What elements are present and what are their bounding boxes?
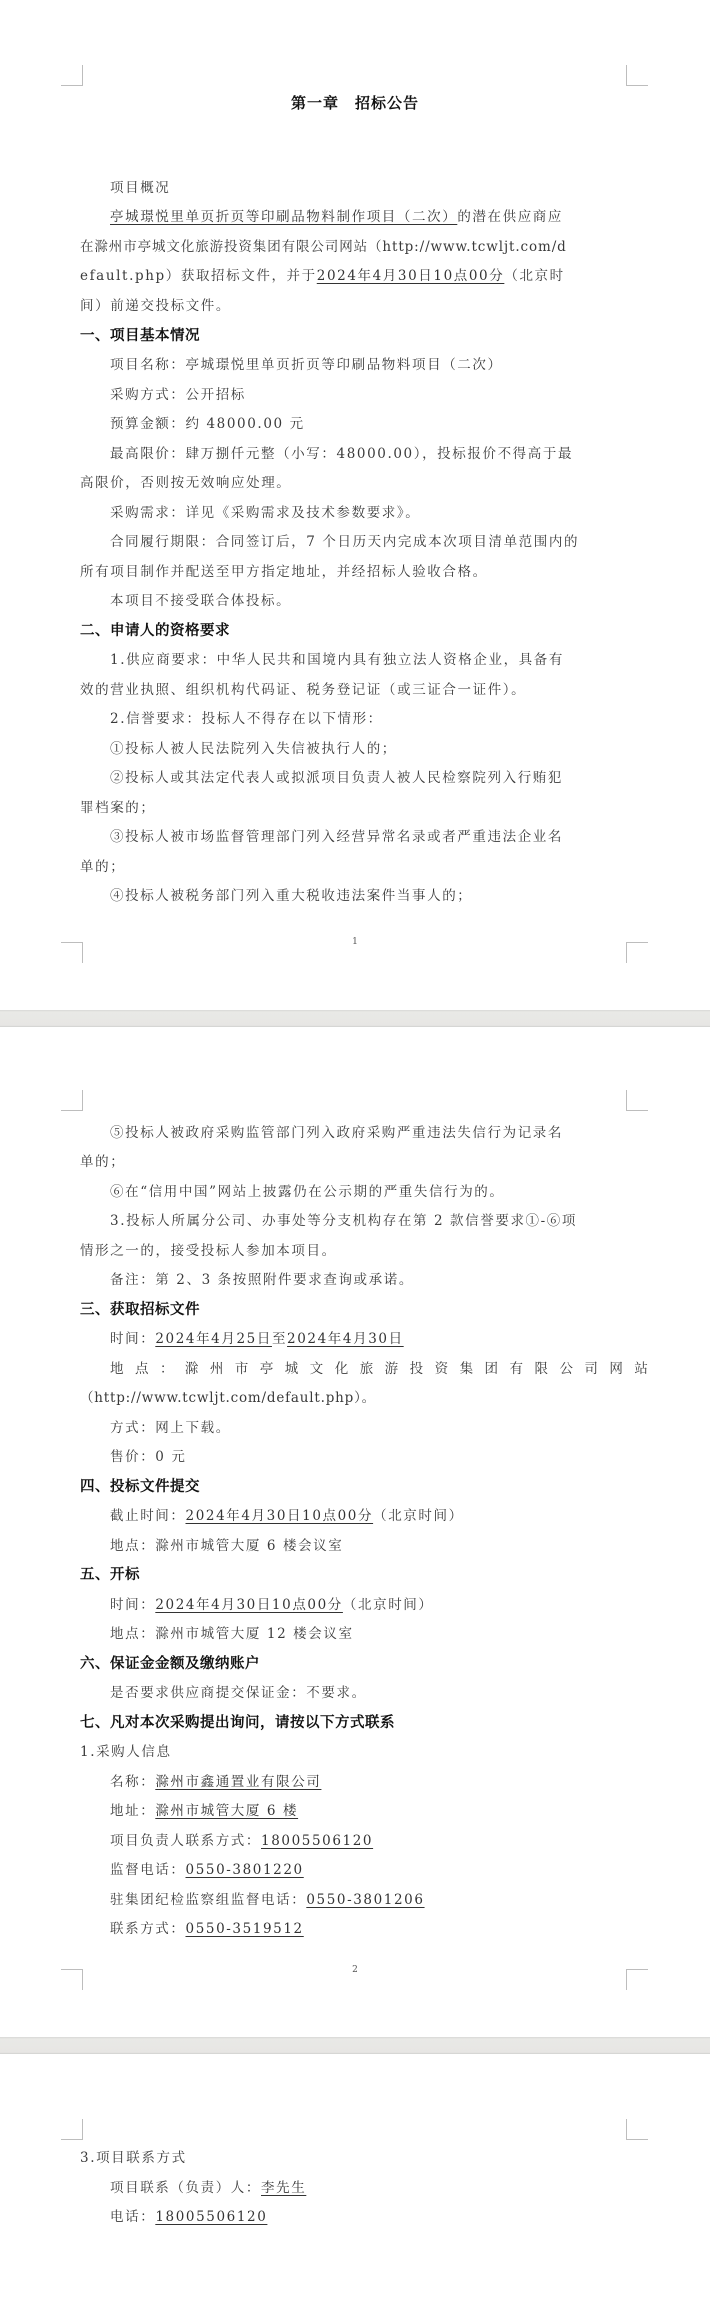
- char: 网: [609, 1359, 623, 1379]
- section1-line: 预算金额：约 48000.00 元: [110, 414, 648, 434]
- margin-corner-mark: [61, 2119, 83, 2140]
- section5-time: 时间：2024年4月30日10点00分（北京时间）: [110, 1595, 648, 1615]
- section2-line: ③投标人被市场监督管理部门列入经营异常名录或者严重违法企业名: [110, 827, 648, 847]
- section6-text: 是否要求供应商提交保证金：不要求。: [110, 1683, 648, 1703]
- project-name-underlined: 亭城璟悦里单页折页等印刷品物料制作项目（二次）: [110, 209, 457, 225]
- section2-line: ②投标人或其法定代表人或拟派项目负责人被人民检察院列入行贿犯: [110, 768, 648, 788]
- section4-place: 地点：滁州市城管大厦 6 楼会议室: [110, 1536, 648, 1556]
- section2-line: ①投标人被人民法院列入失信被执行人的；: [110, 739, 648, 759]
- margin-corner-mark: [626, 2119, 648, 2140]
- char: 公: [559, 1359, 573, 1379]
- page-separator: [0, 2037, 710, 2054]
- char: 投: [410, 1359, 424, 1379]
- section-heading-2: 二、申请人的资格要求: [80, 621, 648, 641]
- start-date: 2024年4月25日: [155, 1331, 272, 1347]
- value: 0550-3801206: [306, 1892, 424, 1908]
- section3-place: 地点：滁州市亭城文化旅游投资集团有限公司网站: [110, 1359, 648, 1379]
- section2-line: 1.供应商要求：中华人民共和国境内具有独立法人资格企业，具备有: [110, 650, 648, 670]
- section2-line: 罪档案的；: [80, 798, 648, 818]
- char: 点: [135, 1359, 149, 1379]
- section3-time: 时间：2024年4月25日至2024年4月30日: [110, 1329, 648, 1349]
- section-heading-1: 一、项目基本情况: [80, 326, 648, 346]
- section3-url: （http://www.tcwljt.com/default.php）。: [80, 1388, 648, 1408]
- page-1: 第一章 招标公告 项目概况 亭城璟悦里单页折页等印刷品物料制作项目（二次）的潜在…: [0, 0, 710, 1010]
- value: 18005506120: [261, 1833, 373, 1849]
- intro-text: （北京时: [504, 268, 564, 284]
- label: （北京时间）: [343, 1597, 434, 1613]
- section1-line: 采购方式：公开招标: [110, 385, 648, 405]
- section3-method: 方式：网上下载。: [110, 1418, 648, 1438]
- section2-line: ④投标人被税务部门列入重大税收违法案件当事人的；: [110, 886, 648, 906]
- char: 地: [110, 1359, 124, 1379]
- char: 司: [584, 1359, 598, 1379]
- value: 0550-3801220: [186, 1862, 304, 1878]
- continued-line: 3.投标人所属分公司、办事处等分支机构存在第 2 款信誉要求①-⑥项: [110, 1211, 648, 1231]
- continued-line: 备注：第 2、3 条按照附件要求查询或承诺。: [110, 1270, 648, 1290]
- section-heading-4: 四、投标文件提交: [80, 1477, 648, 1497]
- label: 联系方式：: [110, 1921, 186, 1937]
- section-heading-6: 六、保证金金额及缴纳账户: [80, 1654, 648, 1674]
- buyer-discipline-phone: 驻集团纪检监察组监督电话：0550-3801206: [110, 1890, 678, 1910]
- margin-corner-mark: [626, 65, 648, 86]
- section1-line: 最高限价：肆万捌仟元整（小写：48000.00），投标报价不得高于最: [110, 444, 648, 464]
- page-number: 2: [0, 1965, 710, 1975]
- intro-text: efault.php）获取招标文件，并于: [80, 268, 317, 284]
- continued-line: 情形之一的，接受投标人参加本项目。: [80, 1241, 648, 1261]
- buyer-supervision-phone: 监督电话：0550-3801220: [110, 1860, 678, 1880]
- intro-text: 的潜在供应商应: [457, 209, 563, 225]
- label: 地址：: [110, 1803, 155, 1819]
- section7-sub3: 3.项目联系方式: [80, 2148, 648, 2168]
- section-heading-7: 七、凡对本次采购提出询问，请按以下方式联系: [80, 1713, 648, 1733]
- char: 集: [460, 1359, 474, 1379]
- char: 化: [335, 1359, 349, 1379]
- label: 监督电话：: [110, 1862, 186, 1878]
- page-separator: [0, 1010, 710, 1027]
- label: 驻集团纪检监察组监督电话：: [110, 1892, 306, 1908]
- char: 有: [510, 1359, 524, 1379]
- section1-line: 合同履行期限：合同签订后，7 个日历天内完成本次项目清单范围内的: [110, 532, 648, 552]
- margin-corner-mark: [61, 1969, 83, 1990]
- section1-line: 项目名称：亭城璟悦里单页折页等印刷品物料项目（二次）: [110, 355, 648, 375]
- opening-date: 2024年4月30日10点00分: [155, 1597, 343, 1613]
- margin-corner-mark: [626, 942, 648, 963]
- char: ：: [160, 1359, 174, 1379]
- label: 时间：: [110, 1331, 155, 1347]
- page-2: ⑤投标人被政府采购监管部门列入政府采购严重违法失信行为记录名 单的； ⑥在“信用…: [0, 1027, 710, 2037]
- section1-line: 高限价，否则按无效响应处理。: [80, 473, 648, 493]
- section1-line: 采购需求：详见《采购需求及技术参数要求》。: [110, 503, 648, 523]
- char: 文: [310, 1359, 324, 1379]
- char: 市: [235, 1359, 249, 1379]
- section2-line: 2.信誉要求：投标人不得存在以下情形：: [110, 709, 648, 729]
- intro-line-3: efault.php）获取招标文件，并于2024年4月30日10点00分（北京时: [80, 266, 648, 286]
- char: 游: [385, 1359, 399, 1379]
- deadline-date: 2024年4月30日10点00分: [186, 1508, 374, 1524]
- section-heading-3: 三、获取招标文件: [80, 1300, 648, 1320]
- label: （北京时间）: [373, 1508, 464, 1524]
- section4-deadline: 截止时间：2024年4月30日10点00分（北京时间）: [110, 1506, 648, 1526]
- value: 0550-3519512: [186, 1921, 304, 1937]
- label: 项目负责人联系方式：: [110, 1833, 261, 1849]
- label: 名称：: [110, 1774, 155, 1790]
- margin-corner-mark: [61, 1090, 83, 1111]
- intro-line-4: 间）前递交投标文件。: [80, 296, 648, 316]
- label: 截止时间：: [110, 1508, 186, 1524]
- label: 项目联系（负责）人：: [110, 2180, 261, 2196]
- chapter-title: 第一章 招标公告: [0, 92, 710, 113]
- char: 亭: [260, 1359, 274, 1379]
- char: 站: [634, 1359, 648, 1379]
- section2-line: 单的；: [80, 857, 648, 877]
- section3-price: 售价：0 元: [110, 1447, 648, 1467]
- continued-line: 单的；: [80, 1152, 648, 1172]
- char: 限: [534, 1359, 548, 1379]
- page-3: 3.项目联系方式 项目联系（负责）人：李先生 电话：18005506120: [0, 2054, 710, 2300]
- section-heading-5: 五、开标: [80, 1565, 648, 1585]
- deadline-underlined: 2024年4月30日10点00分: [317, 268, 505, 284]
- buyer-contact-phone: 联系方式：0550-3519512: [110, 1919, 678, 1939]
- buyer-name: 名称：滁州市鑫通置业有限公司: [110, 1772, 678, 1792]
- char: 旅: [360, 1359, 374, 1379]
- project-contact: 项目联系（负责）人：李先生: [110, 2178, 678, 2198]
- continued-line: ⑤投标人被政府采购监管部门列入政府采购严重违法失信行为记录名: [110, 1123, 648, 1143]
- char: 资: [435, 1359, 449, 1379]
- value: 18005506120: [155, 2209, 267, 2225]
- label: 电话：: [110, 2209, 155, 2225]
- margin-corner-mark: [626, 1090, 648, 1111]
- end-date: 2024年4月30日: [287, 1331, 404, 1347]
- char: 团: [485, 1359, 499, 1379]
- continued-line: ⑥在“信用中国”网站上披露仍在公示期的严重失信行为的。: [110, 1182, 648, 1202]
- value: 滁州市鑫通置业有限公司: [155, 1774, 321, 1790]
- margin-corner-mark: [626, 1969, 648, 1990]
- project-phone: 电话：18005506120: [110, 2207, 678, 2227]
- section5-place: 地点：滁州市城管大厦 12 楼会议室: [110, 1624, 648, 1644]
- value: 李先生: [261, 2180, 306, 2196]
- overview-label: 项目概况: [110, 178, 648, 198]
- label: 时间：: [110, 1597, 155, 1613]
- section1-line: 所有项目制作并配送至甲方指定地址，并经招标人验收合格。: [80, 562, 648, 582]
- char: 滁: [185, 1359, 199, 1379]
- intro-line-1: 亭城璟悦里单页折页等印刷品物料制作项目（二次）的潜在供应商应: [110, 207, 648, 227]
- margin-corner-mark: [61, 942, 83, 963]
- label: 至: [272, 1331, 287, 1347]
- page-number: 1: [0, 937, 710, 947]
- buyer-manager-phone: 项目负责人联系方式：18005506120: [110, 1831, 678, 1851]
- section1-line: 本项目不接受联合体投标。: [110, 591, 648, 611]
- char: 城: [285, 1359, 299, 1379]
- section2-line: 效的营业执照、组织机构代码证、税务登记证（或三证合一证件）。: [80, 680, 648, 700]
- buyer-address: 地址：滁州市城管大厦 6 楼: [110, 1801, 678, 1821]
- intro-line-2: 在滁州市亭城文化旅游投资集团有限公司网站（http://www.tcwljt.c…: [80, 237, 648, 257]
- char: 州: [210, 1359, 224, 1379]
- section7-sub1: 1.采购人信息: [80, 1742, 648, 1762]
- value: 滁州市城管大厦 6 楼: [155, 1803, 298, 1819]
- margin-corner-mark: [61, 65, 83, 86]
